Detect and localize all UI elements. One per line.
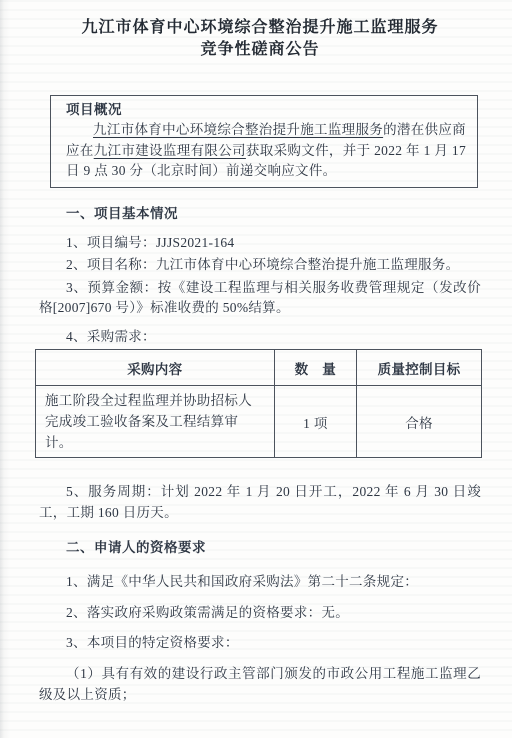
- table-header-quality-target: 质量控制目标: [357, 350, 482, 386]
- title-line-2: 竞争性磋商公告: [200, 41, 319, 58]
- table-header-row: 采购内容 数 量 质量控制目标: [36, 350, 482, 386]
- section2-item-law-requirement: 1、满足《中华人民共和国政府采购法》第二十二条规定：: [39, 571, 481, 593]
- table-cell-quantity: 1 项: [274, 386, 357, 458]
- section1-item-project-number: 1、项目编号：JJJS2021-164: [39, 233, 481, 254]
- section2-item-policy-requirement: 2、落实政府采购政策需满足的资格要求：无。: [39, 602, 481, 624]
- table-cell-content: 施工阶段全过程监理并协助招标人完成竣工验收备案及工程结算审计。: [36, 386, 275, 458]
- agency-name-underlined: 九江市建设监理有限公司: [94, 143, 246, 158]
- document-page: 九江市体育中心环境综合整治提升施工监理服务 竞争性磋商公告 项目概况 九江市体育…: [0, 0, 512, 738]
- section1-item-project-name: 2、项目名称：九江市体育中心环境综合整治提升施工监理服务。: [39, 255, 481, 276]
- overview-text: 九江市体育中心环境综合整治提升施工监理服务的潜在供应商应在九江市建设监理有限公司…: [66, 120, 466, 182]
- table-header-content: 采购内容: [36, 350, 275, 386]
- table-header-quantity: 数 量: [274, 350, 357, 386]
- section2-item-qualification: （1）具有有效的建设行政主管部门颁发的市政公用工程施工监理乙级及以上资质；: [39, 663, 481, 706]
- section1-item-procurement-demand: 4、采购需求：: [39, 327, 481, 348]
- section2-heading: 二、申请人的资格要求: [39, 538, 481, 558]
- title-line-1: 九江市体育中心环境综合整治提升施工监理服务: [81, 19, 438, 36]
- table-cell-quality-target: 合格: [357, 386, 482, 458]
- project-overview-box: 项目概况 九江市体育中心环境综合整治提升施工监理服务的潜在供应商应在九江市建设监…: [50, 95, 478, 188]
- procurement-table: 采购内容 数 量 质量控制目标 施工阶段全过程监理并协助招标人完成竣工验收备案及…: [35, 349, 482, 458]
- project-name-underlined: 九江市体育中心环境综合整治提升施工监理服务: [93, 122, 383, 137]
- section1-heading: 一、项目基本情况: [39, 204, 481, 224]
- section1-item-budget: 3、预算金额：按《建设工程监理与相关服务收费管理规定（发改价格[2007]670…: [39, 278, 481, 319]
- overview-heading: 项目概况: [66, 100, 466, 119]
- section1-item-service-period: 5、服务周期：计划 2022 年 1 月 20 日开工，2022 年 6 月 3…: [39, 482, 481, 523]
- page-title: 九江市体育中心环境综合整治提升施工监理服务 竞争性磋商公告: [39, 17, 481, 61]
- table-row: 施工阶段全过程监理并协助招标人完成竣工验收备案及工程结算审计。 1 项 合格: [36, 386, 482, 458]
- section2-item-specific-requirement: 3、本项目的特定资格要求：: [39, 632, 481, 654]
